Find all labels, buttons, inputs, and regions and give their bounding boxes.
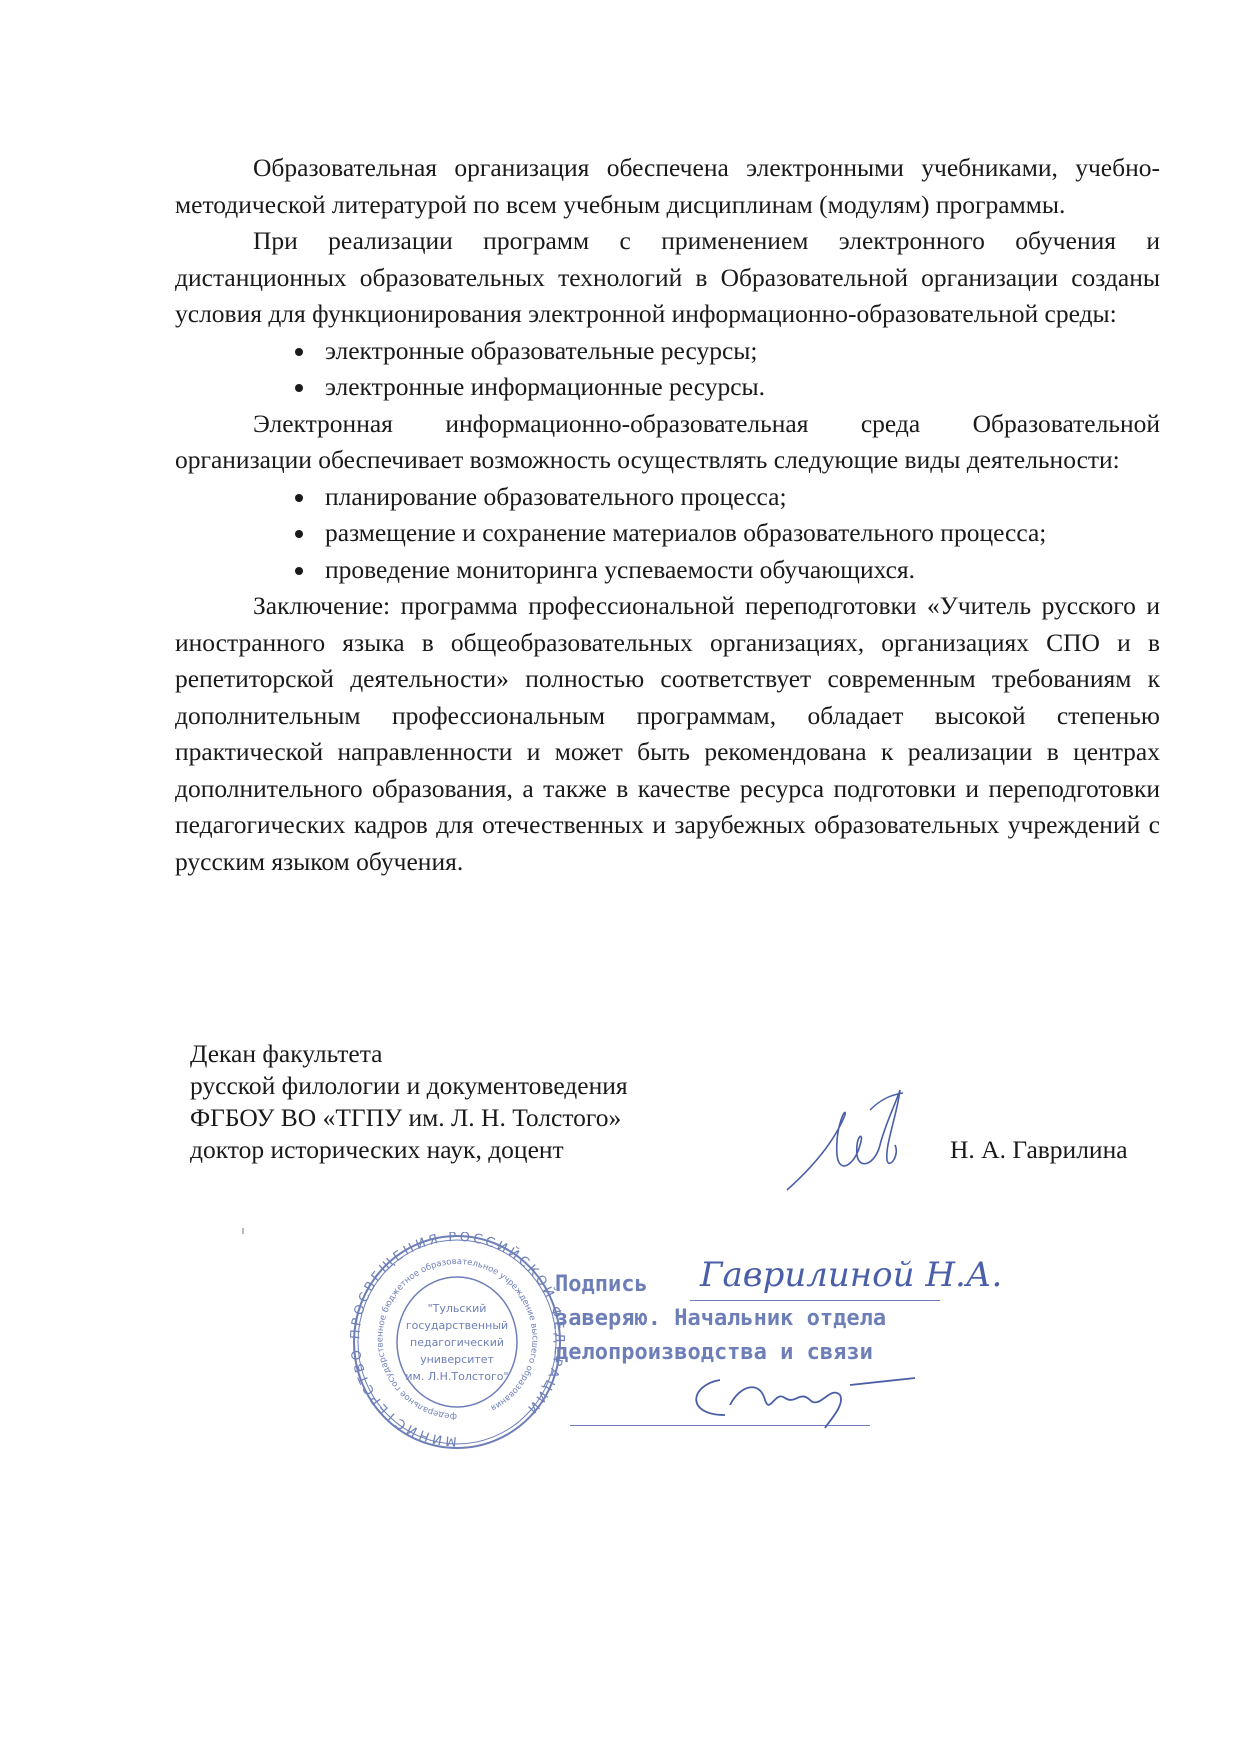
svg-text:университет: университет (420, 1353, 494, 1366)
list-item: планирование образовательного процесса; (175, 479, 1160, 516)
activities-list: планирование образовательного процесса; … (175, 479, 1160, 589)
scan-artifact (242, 1228, 244, 1234)
document-body: Образовательная организация обеспечена э… (175, 150, 1160, 880)
certification-line-3: делопроизводства и связи (555, 1336, 886, 1370)
signatory-name: Н. А. Гаврилина (950, 1135, 1128, 1165)
list-item: электронные образовательные ресурсы; (175, 333, 1160, 370)
svg-text:им. Л.Н.Толстого": им. Л.Н.Толстого" (405, 1370, 508, 1383)
svg-text:"Тульский: "Тульский (428, 1302, 487, 1315)
signatory-faculty: русской филологии и документоведения (190, 1070, 628, 1102)
bullet-icon (295, 567, 303, 575)
clerk-signature-icon (680, 1370, 940, 1430)
paragraph-conclusion: Заключение: программа профессиональной п… (175, 588, 1160, 880)
handwritten-name: Гаврилиной Н.А. (700, 1255, 1002, 1295)
signatory-university: ФГБОУ ВО «ТГПУ им. Л. Н. Толстого» (190, 1102, 628, 1134)
paragraph-textbooks: Образовательная организация обеспечена э… (175, 150, 1160, 223)
signature-icon (785, 1085, 925, 1195)
signature-line (690, 1300, 940, 1301)
signatory-title: Декан факультета (190, 1038, 628, 1070)
svg-text:педагогический: педагогический (410, 1336, 504, 1349)
list-item: размещение и сохранение материалов образ… (175, 515, 1160, 552)
certification-line-2: заверяю. Начальник отдела (555, 1302, 886, 1336)
paragraph-e-learning: При реализации программ с применением эл… (175, 223, 1160, 333)
bullet-icon (295, 494, 303, 502)
list-item: электронные информационные ресурсы. (175, 369, 1160, 406)
svg-text:государственный: государственный (406, 1319, 508, 1332)
bullet-icon (295, 530, 303, 538)
official-stamp-icon: МИНИСТЕРСТВО ПРОСВЕЩЕНИЯ РОССИЙСКОЙ ФЕДЕ… (350, 1232, 565, 1452)
paragraph-environment: Электронная информационно-образовательна… (175, 406, 1160, 479)
list-item: проведение мониторинга успеваемости обуч… (175, 552, 1160, 589)
resources-list: электронные образовательные ресурсы; эле… (175, 333, 1160, 406)
bullet-icon (295, 384, 303, 392)
bullet-icon (295, 348, 303, 356)
signatory-block: Декан факультета русской филологии и док… (190, 1038, 628, 1166)
signatory-degree: доктор исторических наук, доцент (190, 1134, 628, 1166)
document-page: Образовательная организация обеспечена э… (0, 0, 1240, 1754)
